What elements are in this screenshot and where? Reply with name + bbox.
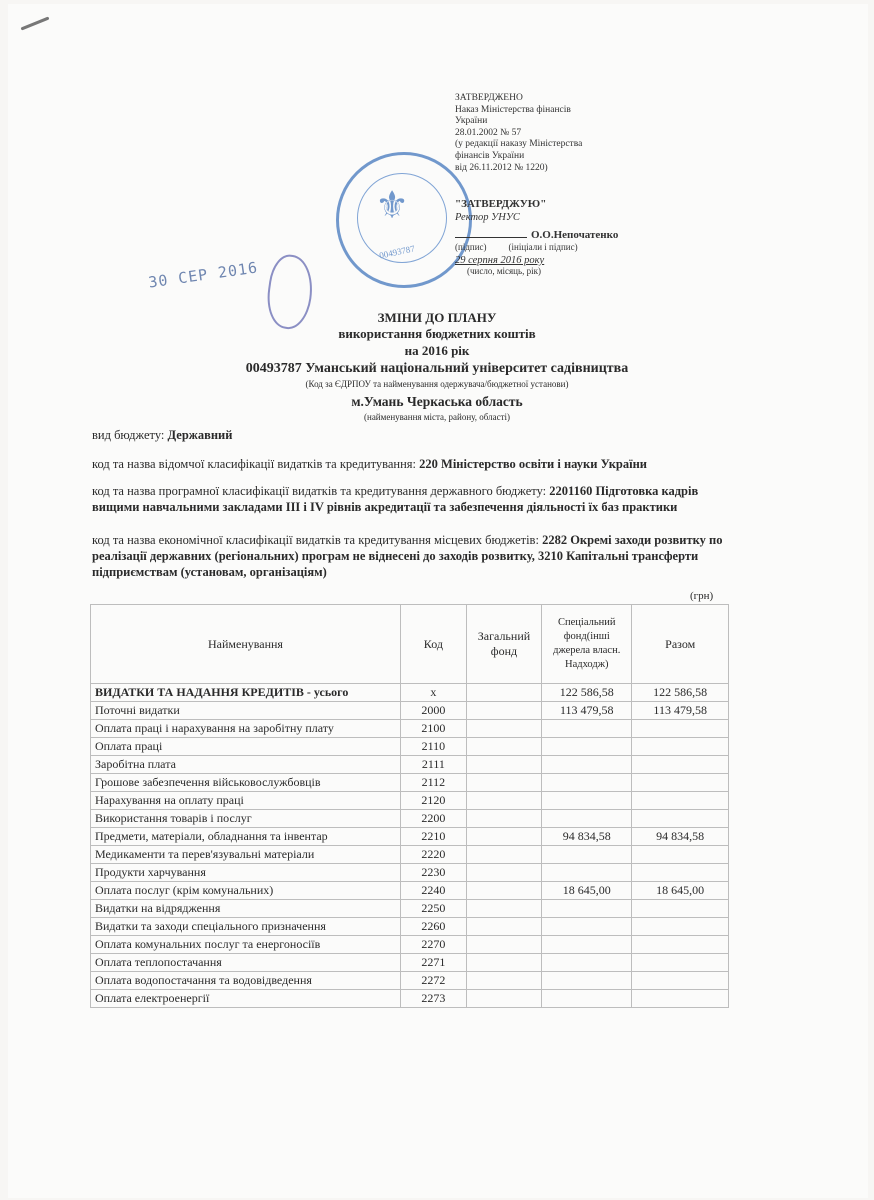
cell-name: Оплата праці і нарахування на заробітну … (91, 720, 401, 738)
table-row: Використання товарів і послуг2200 (91, 810, 729, 828)
cell-special-fund (542, 756, 632, 774)
approver-position: Ректор УНУС (455, 212, 618, 223)
cell-code: 2000 (400, 702, 466, 720)
cell-special-fund (542, 774, 632, 792)
cell-name: Видатки на відрядження (91, 900, 401, 918)
cell-special-fund (542, 738, 632, 756)
cell-total: 113 479,58 (632, 702, 729, 720)
approved-line: фінансів України (455, 151, 582, 163)
cell-general-fund (466, 846, 541, 864)
currency-unit: (грн) (690, 590, 713, 602)
cell-name: Нарахування на оплату праці (91, 792, 401, 810)
cell-total (632, 810, 729, 828)
col-total: Разом (632, 605, 729, 684)
cell-code: 2250 (400, 900, 466, 918)
cell-general-fund (466, 990, 541, 1008)
cell-name: Видатки та заходи спеціального призначен… (91, 918, 401, 936)
cell-general-fund (466, 684, 541, 702)
cell-code: 2112 (400, 774, 466, 792)
cell-general-fund (466, 882, 541, 900)
signature-captions: (підпис)(ініціали і підпис) (455, 242, 618, 252)
cell-code: 2110 (400, 738, 466, 756)
cell-code: 2273 (400, 990, 466, 1008)
col-general-fund: Загальний фонд (466, 605, 541, 684)
cell-total (632, 738, 729, 756)
cell-general-fund (466, 900, 541, 918)
approval-title: "ЗАТВЕРДЖУЮ" (455, 198, 618, 210)
table-row: Оплата електроенергії2273 (91, 990, 729, 1008)
cell-special-fund: 18 645,00 (542, 882, 632, 900)
cell-general-fund (466, 972, 541, 990)
cell-total (632, 792, 729, 810)
institution-caption: (Код за ЄДРПОУ та найменування одержувач… (0, 379, 874, 389)
signature-line: О.О.Непочатенко (455, 229, 618, 241)
cell-code: 2120 (400, 792, 466, 810)
location: м.Умань Черкаська область (0, 394, 874, 410)
cell-code: 2270 (400, 936, 466, 954)
cell-name: Грошове забезпечення військовослужбовців (91, 774, 401, 792)
cell-general-fund (466, 720, 541, 738)
cell-total (632, 954, 729, 972)
cell-special-fund: 113 479,58 (542, 702, 632, 720)
table-row: Видатки та заходи спеціального призначен… (91, 918, 729, 936)
cell-total (632, 774, 729, 792)
cell-code: 2230 (400, 864, 466, 882)
cell-special-fund (542, 720, 632, 738)
cell-general-fund (466, 918, 541, 936)
approval-block: "ЗАТВЕРДЖУЮ" Ректор УНУС О.О.Непочатенко… (455, 198, 618, 276)
cell-special-fund: 122 586,58 (542, 684, 632, 702)
cell-special-fund (542, 810, 632, 828)
official-seal: ⚜ 00493787 (336, 152, 472, 288)
table-row: Поточні видатки2000113 479,58113 479,58 (91, 702, 729, 720)
cell-general-fund (466, 756, 541, 774)
cell-general-fund (466, 864, 541, 882)
table-row: Оплата праці2110 (91, 738, 729, 756)
cell-name: Оплата комунальних послуг та енергоносії… (91, 936, 401, 954)
cell-code: 2272 (400, 972, 466, 990)
cell-special-fund (542, 864, 632, 882)
cell-name: Продукти харчування (91, 864, 401, 882)
budget-type-label: вид бюджету: (92, 428, 168, 442)
budget-type: вид бюджету: Державний (92, 427, 732, 443)
cell-special-fund (542, 900, 632, 918)
table-body: ВИДАТКИ ТА НАДАННЯ КРЕДИТІВ - усьогоx122… (91, 684, 729, 1008)
cell-code: 2100 (400, 720, 466, 738)
cell-name: Оплата водопостачання та водовідведення (91, 972, 401, 990)
signature-underline (455, 237, 527, 238)
cell-name: Оплата теплопостачання (91, 954, 401, 972)
cell-special-fund: 94 834,58 (542, 828, 632, 846)
cell-total (632, 918, 729, 936)
cell-general-fund (466, 936, 541, 954)
budget-type-value: Державний (168, 428, 233, 442)
cell-name: Оплата праці (91, 738, 401, 756)
approved-line: від 26.11.2012 № 1220) (455, 163, 582, 175)
cell-total (632, 990, 729, 1008)
table-row: Предмети, матеріали, обладнання та інвен… (91, 828, 729, 846)
cell-total (632, 756, 729, 774)
approved-line: Наказ Міністерства фінансів (455, 105, 582, 117)
table-row: Оплата теплопостачання2271 (91, 954, 729, 972)
cell-general-fund (466, 828, 541, 846)
caption-signature: (підпис) (455, 242, 487, 252)
cell-special-fund (542, 990, 632, 1008)
table-row: Медикаменти та перев'язувальні матеріали… (91, 846, 729, 864)
trident-icon: ⚜ (375, 183, 409, 227)
institution: 00493787 Уманський національний універси… (0, 361, 874, 377)
approved-line: 28.01.2002 № 57 (455, 128, 582, 140)
cell-code: 2200 (400, 810, 466, 828)
col-special-fund: Спеціальний фонд(інші джерела власн. Над… (542, 605, 632, 684)
cell-name: Поточні видатки (91, 702, 401, 720)
economic-classification: код та назва економічної класифікації ви… (92, 532, 732, 580)
table-row: Продукти харчування2230 (91, 864, 729, 882)
doc-year: на 2016 рік (0, 343, 874, 359)
col-code: Код (400, 605, 466, 684)
location-caption: (найменування міста, району, області) (0, 412, 874, 422)
cell-name: Предмети, матеріали, обладнання та інвен… (91, 828, 401, 846)
cell-general-fund (466, 810, 541, 828)
program-label: код та назва програмної класифікації вид… (92, 484, 549, 498)
table-row: Нарахування на оплату праці2120 (91, 792, 729, 810)
cell-total (632, 936, 729, 954)
cell-name: Використання товарів і послуг (91, 810, 401, 828)
approval-reference: ЗАТВЕРДЖЕНО Наказ Міністерства фінансів … (455, 93, 582, 174)
table-row: Оплата послуг (крім комунальних)224018 6… (91, 882, 729, 900)
cell-general-fund (466, 702, 541, 720)
cell-total: 18 645,00 (632, 882, 729, 900)
cell-special-fund (542, 792, 632, 810)
table-row: Оплата водопостачання та водовідведення2… (91, 972, 729, 990)
cell-total: 122 586,58 (632, 684, 729, 702)
approver-name: О.О.Непочатенко (531, 229, 618, 241)
dept-value: 220 Міністерство освіти і науки України (419, 457, 647, 471)
approval-date: 29 серпня 2016 року (455, 255, 618, 266)
approved-line: ЗАТВЕРДЖЕНО (455, 93, 582, 105)
econ-label: код та назва економічної класифікації ви… (92, 533, 542, 547)
cell-code: 2260 (400, 918, 466, 936)
cell-special-fund (542, 936, 632, 954)
cell-name: Заробітна плата (91, 756, 401, 774)
approved-line: (у редакції наказу Міністерства (455, 139, 582, 151)
cell-code: 2240 (400, 882, 466, 900)
table-row: Видатки на відрядження2250 (91, 900, 729, 918)
dept-label: код та назва відомчої класифікації видат… (92, 457, 419, 471)
cell-code: 2111 (400, 756, 466, 774)
cell-general-fund (466, 738, 541, 756)
cell-name: Медикаменти та перев'язувальні матеріали (91, 846, 401, 864)
table-row: Заробітна плата2111 (91, 756, 729, 774)
cell-general-fund (466, 954, 541, 972)
caption-date: (число, місяць, рік) (467, 266, 618, 276)
table-row: Грошове забезпечення військовослужбовців… (91, 774, 729, 792)
cell-name: Оплата електроенергії (91, 990, 401, 1008)
cell-general-fund (466, 792, 541, 810)
table-row: Оплата праці і нарахування на заробітну … (91, 720, 729, 738)
cell-code: x (400, 684, 466, 702)
cell-special-fund (542, 972, 632, 990)
doc-subtitle: використання бюджетних коштів (0, 326, 874, 342)
cell-code: 2210 (400, 828, 466, 846)
col-name: Найменування (91, 605, 401, 684)
approved-line: України (455, 116, 582, 128)
table-header-row: Найменування Код Загальний фонд Спеціаль… (91, 605, 729, 684)
cell-total (632, 720, 729, 738)
cell-total (632, 846, 729, 864)
budget-table: Найменування Код Загальний фонд Спеціаль… (90, 604, 729, 1008)
cell-total: 94 834,58 (632, 828, 729, 846)
table-row: ВИДАТКИ ТА НАДАННЯ КРЕДИТІВ - усьогоx122… (91, 684, 729, 702)
cell-special-fund (542, 846, 632, 864)
cell-total (632, 972, 729, 990)
caption-initials: (ініціали і підпис) (509, 242, 578, 252)
cell-name: ВИДАТКИ ТА НАДАННЯ КРЕДИТІВ - усього (91, 684, 401, 702)
cell-general-fund (466, 774, 541, 792)
cell-total (632, 900, 729, 918)
doc-title: ЗМІНИ ДО ПЛАНУ (0, 310, 874, 326)
cell-special-fund (542, 918, 632, 936)
cell-total (632, 864, 729, 882)
cell-special-fund (542, 954, 632, 972)
cell-code: 2271 (400, 954, 466, 972)
cell-code: 2220 (400, 846, 466, 864)
table-row: Оплата комунальних послуг та енергоносії… (91, 936, 729, 954)
cell-name: Оплата послуг (крім комунальних) (91, 882, 401, 900)
dept-classification: код та назва відомчої класифікації видат… (92, 456, 732, 472)
program-classification: код та назва програмної класифікації вид… (92, 483, 732, 515)
